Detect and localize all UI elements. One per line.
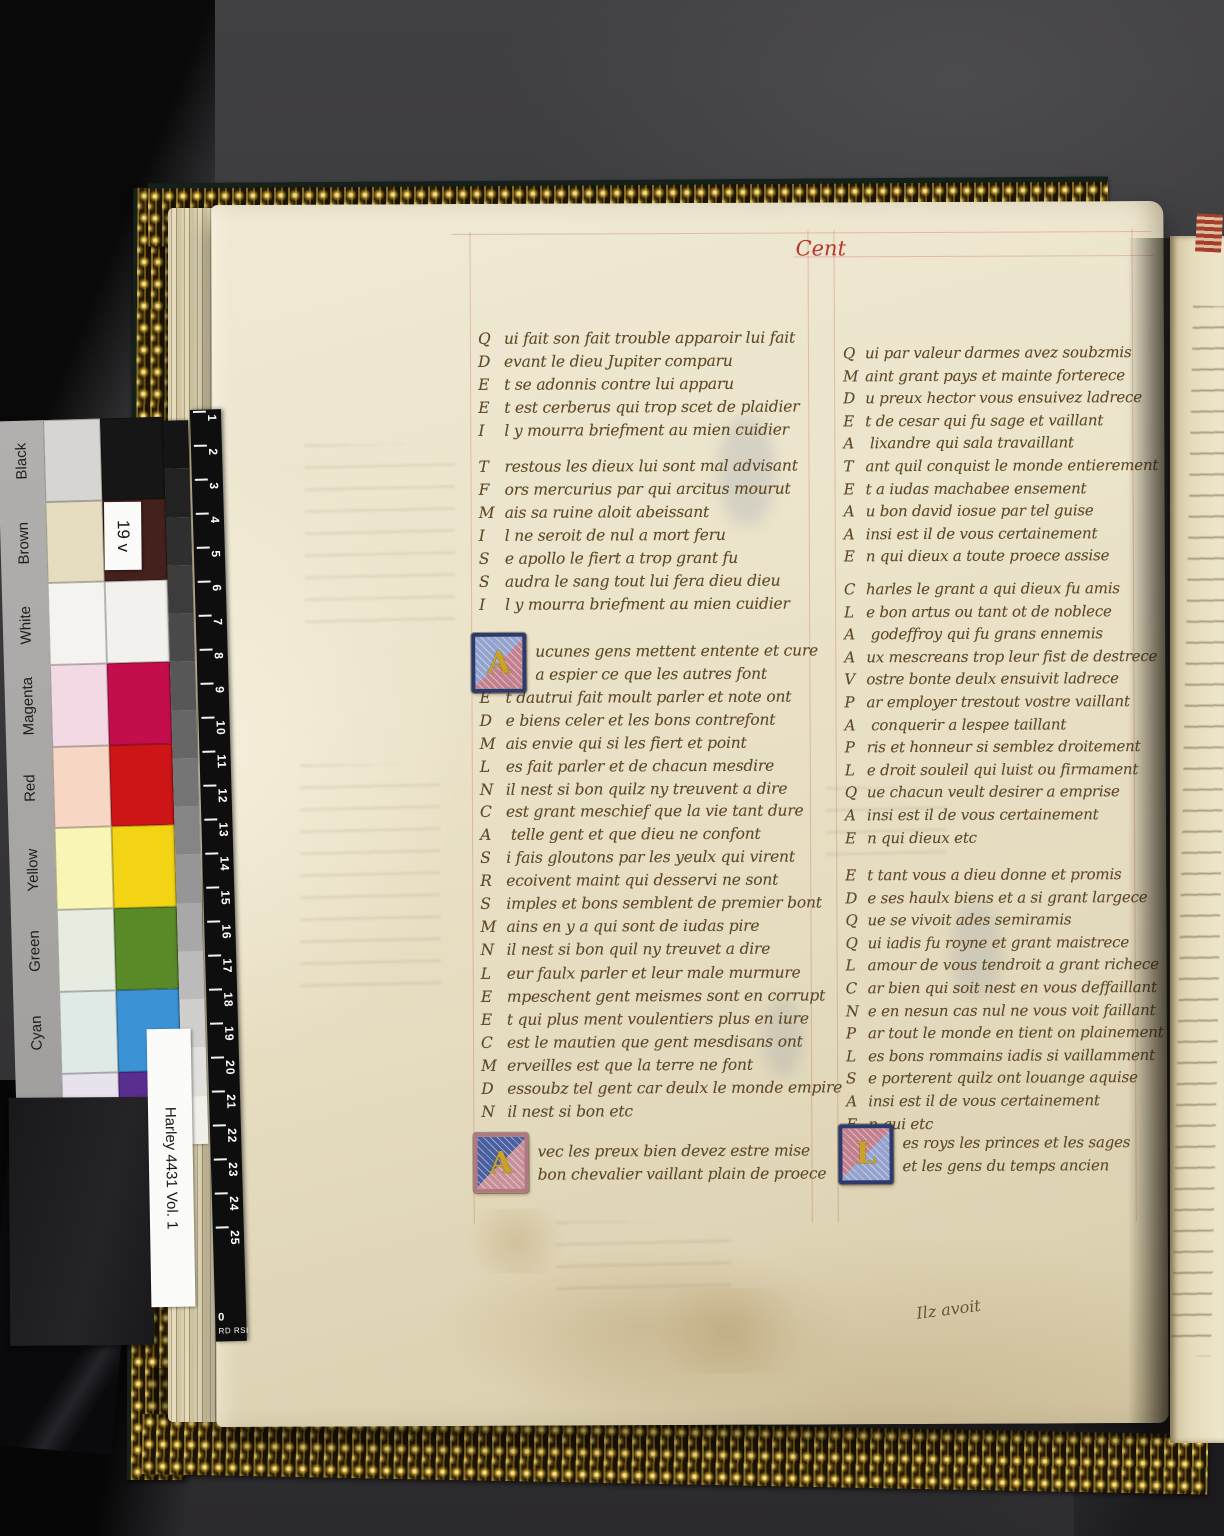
stanza: Et tant vous a dieu donne et promisDe se… (845, 863, 1164, 1136)
color-swatch-tint (45, 500, 104, 583)
ruler-number: 17 (220, 958, 234, 974)
ruler-unit: 12 (200, 783, 232, 818)
verse-line: Par employer trestout vostre vaillant (844, 690, 1157, 714)
verse-line: Charles le grant a qui dieux fu amis (844, 577, 1157, 601)
ruler-unit: 8 (197, 647, 229, 682)
shelfmark-sticker: Harley 4431 Vol. 1 (147, 1028, 196, 1307)
verse-line: Simples et bons semblent de premier bont (480, 891, 822, 915)
verse-line: Il ne seroit de nul a mort feru (479, 524, 798, 548)
ruler-number: 14 (217, 856, 231, 872)
verse-line: Aux mescreans trop leur fist de destrece (844, 645, 1157, 669)
color-row: Red (6, 743, 174, 829)
verse-line: De ses haulx biens et a si grant largece (845, 886, 1163, 910)
color-swatch-solid (100, 417, 165, 500)
color-swatch-tint (55, 827, 114, 910)
ruler-unit: 6 (195, 579, 227, 614)
verse-line: Que se vivoit ades semiramis (845, 908, 1163, 932)
stanza: Cest grant meschief que la vie tant dure… (480, 799, 822, 961)
verse-line: Ainsi est il de vous certainement (845, 803, 1158, 827)
grayscale-step (178, 951, 204, 1000)
ruler-number: 9 (213, 686, 227, 694)
ruler-unit: 11 (199, 749, 231, 784)
ruler-unit: 4 (193, 511, 225, 546)
illuminated-initial: A (471, 633, 526, 693)
show-through-text (556, 1221, 731, 1292)
ruler-end-labels: 0 RD RSI (215, 1311, 247, 1336)
verse-line: Dessoubz tel gent car deulx le monde emp… (481, 1076, 842, 1101)
color-swatch-tint (57, 908, 116, 991)
verse-line: Saudra le sang tout lui fera dieu dieu (479, 570, 798, 594)
next-folio-edge (1170, 236, 1224, 1443)
ruling-line (469, 232, 474, 1224)
color-swatch-tint (43, 419, 102, 502)
verse-line: ucunes gens mettent entente et cure (479, 639, 818, 663)
verse-line: Il y mourra briefment au mien cuidier (478, 419, 799, 443)
headband (1195, 213, 1223, 252)
verse-line: Nil nest si bon quil ny treuvet a dire (481, 937, 823, 961)
verse-line: Cest le mautien que gent mesdisans ont (481, 1030, 842, 1055)
verse-line: Maint grant pays et mainte forterece (843, 364, 1158, 388)
verse-line: Qui iadis fu royne et grant maistrece (846, 931, 1164, 955)
color-swatch-tint (50, 664, 109, 747)
verse-line: Et qui plus ment voulentiers plus en iur… (481, 1007, 842, 1032)
verse-line: Nil nest si bon quilz ny treuvent a dire (480, 777, 819, 801)
ruler-number: 20 (223, 1060, 237, 1076)
show-through-text (300, 764, 441, 1000)
verse-line: Devant le dieu Jupiter comparu (478, 350, 799, 374)
verse-line: Du preux hector vous ensuivez ladrece (843, 386, 1158, 410)
verse-line: vec les preux bien devez estre mise (481, 1139, 826, 1164)
ruler-number: 7 (211, 618, 225, 626)
grayscale-step (170, 661, 196, 710)
show-through-text (304, 444, 455, 630)
manuscript-photograph: Cent Qui fait son fait trouble apparoir … (0, 0, 1224, 1536)
color-calibration-chart: BlackBrownWhiteMagentaRedYellowGreenCyan… (0, 409, 255, 1353)
color-swatch-solid (107, 662, 172, 745)
ruler-number: 5 (209, 550, 223, 558)
verse-line: En qui dieux etc (845, 825, 1158, 849)
ruler-number: 13 (216, 822, 230, 838)
verse-line: a espier ce que les autres font (479, 662, 818, 686)
ruler-unit: 5 (194, 545, 226, 580)
grayscale-step (171, 710, 197, 759)
ruler-number: 22 (225, 1128, 239, 1144)
grayscale-step (175, 854, 201, 903)
verse-line: Recoivent maint qui desservi ne sont (480, 868, 822, 892)
color-row: Magenta (4, 662, 172, 748)
verse-line: Mains en y a qui sont de iudas pire (480, 914, 822, 938)
ruler-unit: 10 (198, 715, 230, 750)
ruler-unit: 19 (207, 1021, 239, 1056)
verse-line: Se porterent quilz ont louange aquise (846, 1066, 1164, 1090)
folio-number-sticker: 19 v (104, 502, 142, 570)
verse-line: En qui dieux a toute proece assise (844, 544, 1159, 568)
ruler-unit: 9 (197, 681, 229, 716)
verse-line: Tant quil conquist le monde entierement (843, 454, 1158, 478)
ruler-unit: 20 (208, 1055, 240, 1090)
ruler-number: 8 (212, 652, 226, 660)
verse-line: Si fais gloutons par les yeulx qui viren… (480, 845, 822, 869)
color-label: Magenta (4, 665, 52, 748)
folio-number: 19 v (113, 520, 133, 552)
next-folio-text-fragments (1171, 306, 1224, 1357)
ruler-number: 11 (215, 754, 229, 769)
verse-line: Lamour de vous tendroit a grant richece (846, 953, 1164, 977)
verse-line: Cest grant meschief que la vie tant dure (480, 799, 822, 823)
parchment-stain (454, 1208, 579, 1274)
color-row: Yellow (9, 825, 177, 911)
ruler-number: 24 (227, 1196, 241, 1212)
verse-line: A conquerir a lespee taillant (845, 713, 1158, 737)
verse-line: Mais sa ruine aloit abeissant (479, 501, 798, 525)
verse-line: Les fait parler et de chacun mesdire (480, 754, 819, 778)
color-row: Black (0, 417, 165, 503)
color-swatch-solid (105, 580, 170, 663)
grayscale-step (165, 468, 191, 517)
ruler-unit: 18 (206, 987, 238, 1022)
color-label: White (2, 583, 50, 666)
ruler-number: 12 (215, 788, 229, 804)
illuminated-initial: L (838, 1124, 893, 1184)
verse-line: Se apollo le fiert a trop grant fu (479, 547, 798, 571)
color-label: Yellow (9, 828, 57, 911)
ruler-unit: 14 (202, 851, 234, 886)
verse-line: Fors mercurius par qui arcitus mourut (479, 478, 798, 502)
ruling-line (451, 231, 1151, 235)
ruler-unit: 24 (212, 1191, 244, 1226)
verse-line: Et a iudas machabee ensement (844, 477, 1159, 501)
color-label: Green (11, 910, 59, 993)
ruling-line (794, 255, 1154, 258)
color-swatch-solid (111, 825, 176, 908)
verse-line: Le bon artus ou tant ot de noblece (844, 600, 1157, 624)
ruler-unit: 21 (209, 1089, 241, 1124)
parchment-stain (636, 1287, 821, 1373)
color-swatch-solid (114, 907, 179, 990)
ruler-unit: 2 (191, 443, 223, 478)
verse-line: bon chevalier vaillant plain de proece (482, 1162, 827, 1187)
verse-line: Et est cerberus qui trop scet de plaidie… (478, 396, 799, 420)
ruler-number: 25 (228, 1230, 242, 1246)
verse-line: Les bons rommains iadis si vaillamment (846, 1044, 1164, 1068)
ruler-zero: 0 (218, 1311, 224, 1323)
ruler-number: 21 (224, 1094, 238, 1110)
verse-line: Ne en nesun cas nul ne vous voit faillan… (846, 998, 1164, 1022)
grayscale-step (177, 903, 203, 952)
grayscale-step (167, 565, 193, 614)
ruler-number: 2 (206, 448, 220, 456)
ruler-number: 1 (205, 414, 219, 422)
ruler-number: 18 (221, 992, 235, 1008)
ruler-unit: 15 (203, 885, 235, 920)
verse-line: Mais envie qui si les fiert et point (480, 731, 819, 755)
verse-line: Par tout le monde en tient on plainement (846, 1021, 1164, 1045)
ruler-unit: 13 (201, 817, 233, 852)
verse-line: Qui par valeur darmes avez soubzmis (843, 341, 1158, 365)
color-swatch-tint (52, 745, 111, 828)
grayscale-step (166, 517, 192, 566)
grayscale-step (173, 758, 199, 807)
verse-line: A telle gent et que dieu ne confont (480, 822, 822, 846)
color-swatch-tint (59, 990, 118, 1073)
ruler-number: 6 (210, 584, 224, 592)
ruler-unit: 7 (196, 613, 228, 648)
color-label: Black (0, 420, 45, 503)
verse-line: Ainsi est il de vous certainement (846, 1089, 1164, 1113)
stanza: Qui fait son fait trouble apparoir lui f… (478, 327, 800, 443)
stanza: Trestous les dieux lui sont mal advisant… (478, 455, 798, 617)
ruler-number: 19 (222, 1026, 236, 1042)
catchword: Ilz avoit (915, 1296, 982, 1323)
verse-line: Le droit souleil qui luist ou firmament (845, 758, 1158, 782)
verse-line: Il y mourra briefment au mien cuidier (479, 593, 798, 617)
verse-line: Leur faulx parler et leur male murmure (481, 961, 842, 986)
stanza: Leur faulx parler et leur male murmureEm… (481, 961, 843, 1124)
verse-line: Vostre bonte deulx ensuivit ladrece (844, 667, 1157, 691)
ruler-number: 15 (218, 890, 232, 906)
color-row: White (2, 580, 170, 666)
grayscale-step (174, 806, 200, 855)
verse-line: De biens celer et les bons contrefont (480, 708, 819, 732)
verse-line: Empeschent gent meismes sont en corrupt (481, 984, 842, 1009)
color-row: Brown (0, 498, 168, 584)
verse-line: Nil nest si bon etc (481, 1099, 842, 1124)
verse-line: Pris et honneur si semblez droitement (845, 735, 1158, 759)
verse-line: A godeffroy qui fu grans ennemis (844, 622, 1157, 646)
stanza: Les roys les princes et les sageset les … (846, 1131, 1130, 1177)
chart-black-tab (9, 1097, 155, 1346)
color-row: Green (11, 907, 179, 993)
verse-line: Au bon david iosue par tel guise (844, 499, 1159, 523)
ruler-unit: 17 (205, 953, 237, 988)
ruler-number: 23 (226, 1162, 240, 1178)
running-header: Cent (795, 236, 846, 260)
verse-line: Car bien qui soit nest en vous deffailla… (846, 976, 1164, 1000)
ruler-unit: 16 (204, 919, 236, 954)
verse-line: Que chacun veult desirer a emprise (845, 780, 1158, 804)
ruler-unit: 22 (210, 1123, 242, 1158)
color-label: Red (6, 747, 54, 830)
verse-line: Et se adonnis contre lui apparu (478, 373, 799, 397)
illuminated-initial: A (473, 1133, 528, 1193)
ruler-number: 4 (208, 516, 222, 524)
ruler-number: 3 (207, 482, 221, 490)
ruler-unit: 25 (213, 1225, 245, 1260)
ruler-brand: RD RSI (218, 1326, 248, 1336)
grayscale-step (169, 613, 195, 662)
ruler-unit: 1 (190, 409, 222, 444)
color-label: Brown (0, 502, 48, 585)
verse-line: Ainsi est il de vous certainement (844, 522, 1159, 546)
verse-line: A lixandre qui sala travaillant (843, 431, 1158, 455)
verse-line: Et dautrui fait moult parler et note ont (479, 685, 818, 709)
stanza: Avec les preux bien devez estre misebon … (481, 1139, 826, 1187)
stanza: Aucunes gens mettent entente et curea es… (479, 639, 818, 801)
ruler-number: 16 (219, 924, 233, 940)
color-label: Cyan (13, 992, 61, 1075)
verse-line: Trestous les dieux lui sont mal advisant (478, 455, 797, 479)
ruler-unit: 23 (211, 1157, 243, 1192)
ruler-unit: 3 (192, 477, 224, 512)
verse-line: Qui fait son fait trouble apparoir lui f… (478, 327, 799, 351)
manuscript-page: Cent Qui fait son fait trouble apparoir … (211, 201, 1168, 1427)
verse-line: Merveilles est que la terre ne font (481, 1053, 842, 1078)
stanza: Charles le grant a qui dieux fu amisLe b… (844, 577, 1158, 849)
stanza: Qui par valeur darmes avez soubzmisMaint… (843, 341, 1159, 568)
shelfmark: Harley 4431 Vol. 1 (161, 1106, 180, 1229)
color-swatch-solid (109, 743, 174, 826)
verse-line: Et tant vous a dieu donne et promis (845, 863, 1163, 887)
grayscale-step (163, 420, 189, 469)
color-swatch-tint (48, 582, 107, 665)
verse-line: Et de cesar qui fu sage et vaillant (843, 409, 1158, 433)
ruler-number: 10 (214, 720, 228, 736)
